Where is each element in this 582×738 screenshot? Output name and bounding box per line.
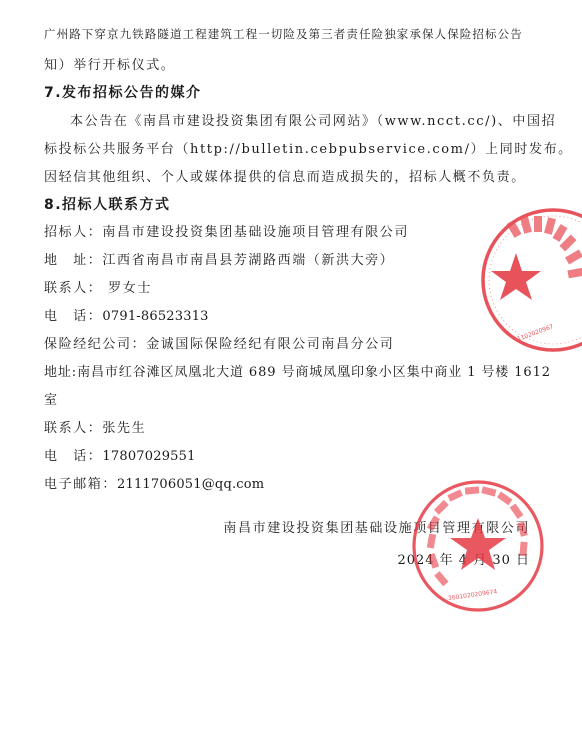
signature-seal-icon: 3601020209674 [410, 478, 546, 614]
broker-email-label: 电子邮箱： [44, 477, 117, 492]
contact-label: 联系人： [44, 281, 102, 296]
section-7-paragraph-line-2: 标投标公共服务平台（http://bulletin.cebpubservice.… [44, 141, 573, 159]
signature-date: 2024 年 4 月 30 日 [397, 552, 530, 570]
section-7-heading: 7.发布招标公告的媒介 [44, 84, 202, 102]
broker-phone-value: 17807029551 [102, 449, 195, 464]
broker-label: 保险经纪公司： [44, 337, 146, 352]
broker-address-label: 地址: [44, 365, 77, 380]
phone-label: 电 话： [44, 309, 102, 324]
company-seal-icon: 1102020967 [478, 205, 582, 355]
broker-address-value: 南昌市红谷滩区凤凰北大道 689 号商城凤凰印象小区集中商业 1 号楼 1612 [77, 365, 551, 380]
phone-row: 电 话：0791-86523313 [44, 308, 209, 326]
signature-organization: 南昌市建设投资集团基础设施项目管理有限公司 [223, 520, 530, 538]
section-7-paragraph-line-1: 本公告在《南昌市建设投资集团有限公司网站》（www.ncct.cc/)、中国招 [70, 113, 556, 131]
svg-text:3601020209674: 3601020209674 [448, 588, 498, 602]
broker-address-row: 地址:南昌市红谷滩区凤凰北大道 689 号商城凤凰印象小区集中商业 1 号楼 1… [44, 364, 551, 382]
broker-email-row: 电子邮箱：2111706051@qq.com [44, 476, 264, 494]
broker-value: 金诚国际保险经纪有限公司南昌分公司 [146, 337, 394, 352]
tenderer-value: 南昌市建设投资集团基础设施项目管理有限公司 [102, 225, 409, 240]
contact-value: 罗女士 [102, 281, 152, 296]
address-value: 江西省南昌市南昌县芳湖路西端（新洪大旁） [102, 253, 394, 268]
broker-row: 保险经纪公司：金诚国际保险经纪有限公司南昌分公司 [44, 336, 394, 354]
address-row: 地 址：江西省南昌市南昌县芳湖路西端（新洪大旁） [44, 252, 394, 270]
continuation-line-2: 知）举行开标仪式。 [44, 57, 175, 75]
broker-contact-label: 联系人： [44, 421, 102, 436]
section-7-paragraph-line-3: 因轻信其他组织、个人或媒体提供的信息而造成损失的，招标人概不负责。 [44, 169, 526, 187]
broker-email-value: 2111706051@qq.com [117, 477, 264, 492]
broker-contact-row: 联系人：张先生 [44, 420, 146, 438]
section-8-heading: 8.招标人联系方式 [44, 196, 171, 214]
phone-value: 0791-86523313 [102, 309, 208, 324]
broker-phone-label: 电 话： [44, 449, 102, 464]
broker-address-continuation: 室 [44, 392, 59, 410]
tenderer-label: 招标人： [44, 225, 102, 240]
svg-text:1102020967: 1102020967 [516, 323, 554, 343]
contact-row: 联系人： 罗女士 [44, 280, 152, 298]
address-label: 地 址： [44, 253, 102, 268]
broker-phone-row: 电 话：17807029551 [44, 448, 196, 466]
tenderer-row: 招标人：南昌市建设投资集团基础设施项目管理有限公司 [44, 224, 409, 242]
continuation-line-1: 广州路下穿京九铁路隧道工程建筑工程一切险及第三者责任险独家承保人保险招标公告 [44, 25, 523, 43]
broker-contact-value: 张先生 [102, 421, 146, 436]
